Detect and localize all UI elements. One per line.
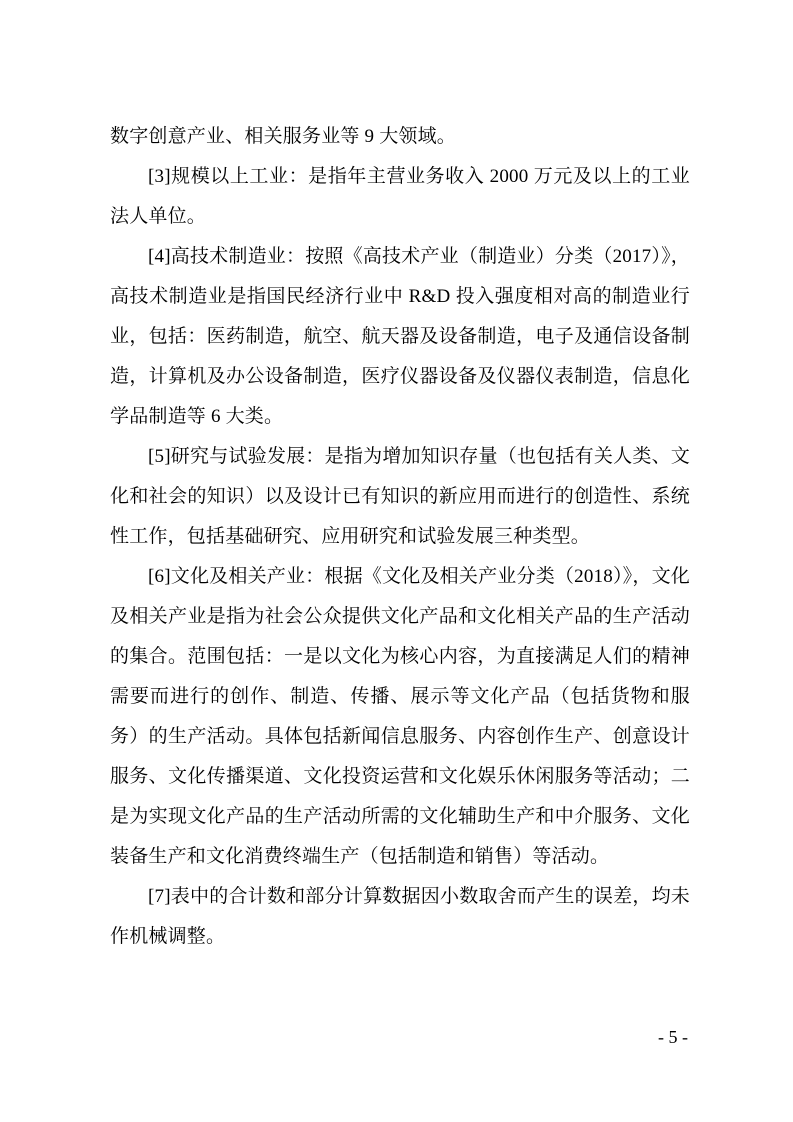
page-body-text: 数字创意产业、相关服务业等 9 大领域。 [3]规模以上工业：是指年主营业务收入… [110, 117, 690, 957]
page-footer: - 5 - [110, 1026, 688, 1048]
paragraph-note-3: [3]规模以上工业：是指年主营业务收入 2000 万元及以上的工业法人单位。 [110, 157, 690, 237]
paragraph-note-5: [5]研究与试验发展：是指为增加知识存量（也包括有关人类、文化和社会的知识）以及… [110, 437, 690, 557]
page-number: - 5 - [658, 1027, 688, 1047]
paragraph-note-7: [7]表中的合计数和部分计算数据因小数取舍而产生的误差，均未作机械调整。 [110, 877, 690, 957]
paragraph-note-6: [6]文化及相关产业：根据《文化及相关产业分类（2018）》，文化及相关产业是指… [110, 557, 690, 877]
paragraph-note-4: [4]高技术制造业：按照《高技术产业（制造业）分类（2017）》，高技术制造业是… [110, 237, 690, 437]
document-page: 数字创意产业、相关服务业等 9 大领域。 [3]规模以上工业：是指年主营业务收入… [0, 0, 793, 1122]
paragraph-continuation: 数字创意产业、相关服务业等 9 大领域。 [110, 117, 690, 157]
